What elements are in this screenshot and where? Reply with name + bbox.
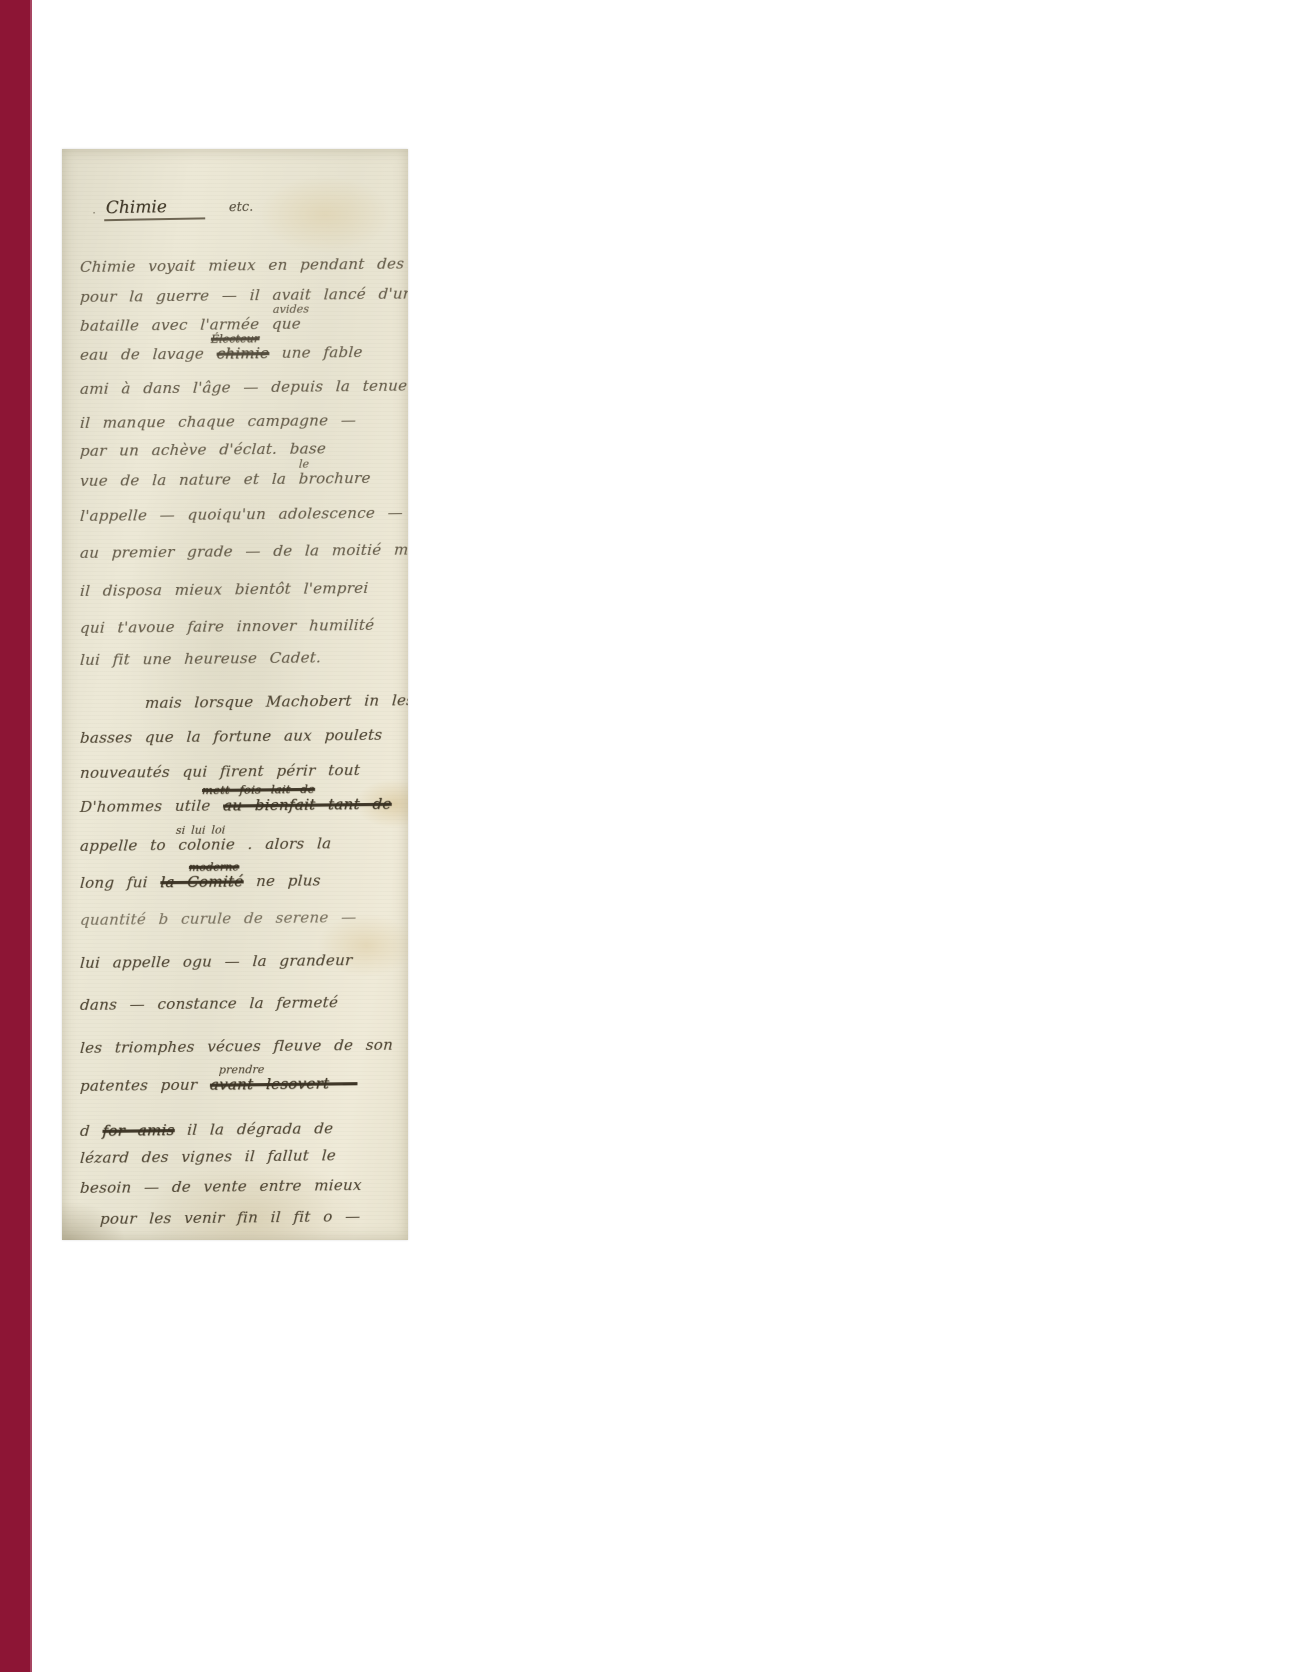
manuscript-line: D'hommes utile au bienfait tant de: [80, 796, 393, 816]
struck-text: la Comité: [160, 872, 244, 891]
line-text: basses que la fortune aux poulets: [79, 726, 382, 747]
line-text: il manque chaque campagne —: [79, 411, 356, 432]
line-text: long fui: [79, 873, 160, 892]
line-text: eau de lavage: [79, 345, 217, 364]
interlinear-insert: moderne: [188, 861, 239, 874]
manuscript-line: au premier grade — de la moitié mit: [80, 541, 408, 561]
manuscript-line: lui appelle ogu — la grandeur: [80, 952, 353, 971]
manuscript-line: les triomphes vécues fleuve de son: [80, 1037, 394, 1057]
interlinear-insert: avides: [272, 304, 309, 316]
line-text: nouveautés qui firent périr tout: [79, 761, 360, 782]
manuscript-line: avidesbataille avec l'armée que: [80, 316, 302, 335]
line-text: lui appelle ogu — la grandeur: [79, 951, 353, 972]
line-text: une fable: [269, 343, 364, 362]
manuscript-line: nouveautés qui firent périr tout: [80, 762, 361, 781]
manuscript-line: dans — constance la fermeté: [80, 994, 339, 1013]
manuscript-line: Électeureau de lavage chimie une fable: [80, 344, 364, 363]
interlinear-insert: le: [298, 459, 309, 471]
line-text: besoin — de vente entre mieux: [79, 1176, 362, 1197]
manuscript-paper: .Chimieetc. Chimie voyait mieux en penda…: [62, 149, 408, 1240]
manuscript-line: l'appelle — quoiqu'un adolescence —: [80, 505, 404, 525]
manuscript-line: ami à dans l'âge — depuis la tenue: [80, 378, 408, 398]
manuscript-line: mett fois lait de: [202, 783, 316, 797]
line-text: il disposa mieux bientôt l'emprei: [79, 579, 369, 600]
line-text: bataille avec l'armée que: [79, 315, 301, 335]
manuscript-line: qui t'avoue faire innover humilité: [80, 617, 375, 637]
manuscript-line: basses que la fortune aux poulets: [80, 727, 383, 747]
line-text: pour les venir fin il fit o —: [99, 1207, 360, 1228]
heading-title: Chimie: [104, 196, 205, 221]
line-text: pour la guerre — il avait lancé d'une: [79, 284, 408, 306]
line-text: mais lorsque Machobert in les forte: [144, 691, 408, 712]
line-text: par un achève d'éclat. base: [79, 439, 326, 460]
manuscript-line: lui fit une heureuse Cadet.: [80, 649, 322, 668]
line-text: dans — constance la fermeté: [79, 993, 338, 1014]
line-text: D'hommes utile: [79, 796, 223, 816]
line-text: au premier grade — de la moitié mit: [79, 540, 408, 562]
line-text: d: [79, 1122, 103, 1140]
manuscript-line: quantité b curule de serene —: [80, 909, 357, 928]
struck-text: chimie: [216, 344, 270, 363]
line-text: Chimie voyait mieux en pendant des: [79, 255, 404, 276]
heading-dot: .: [92, 202, 96, 216]
interlinear-insert: prendre: [218, 1064, 264, 1077]
manuscript-line: prendrepatentes pour avant lesovert —: [80, 1075, 358, 1094]
interlinear-insert: si lui loi: [175, 824, 225, 837]
manuscript-line: modernelong fui la Comité ne plus: [80, 872, 322, 891]
line-text: ami à dans l'âge — depuis la tenue: [79, 377, 407, 398]
struck-text: au bienfait tant de: [223, 795, 393, 815]
manuscript-line: besoin — de vente entre mieux: [80, 1177, 363, 1196]
manuscript-line: levue de la nature et la brochure: [80, 470, 372, 490]
line-text: patentes pour: [79, 1076, 210, 1095]
line-text: quantité b curule de serene —: [79, 908, 357, 929]
line-text: l'appelle — quoiqu'un adolescence —: [79, 504, 403, 525]
interlinear-insert: Électeur: [210, 333, 259, 346]
line-text: il la dégrada de: [174, 1119, 334, 1139]
line-text: ne plus: [243, 871, 321, 890]
manuscript-line: par un achève d'éclat. base: [80, 440, 327, 459]
line-text: lui fit une heureuse Cadet.: [79, 648, 321, 669]
manuscript-line: mais lorsque Machobert in les forte: [145, 692, 408, 712]
manuscript-line: pour les venir fin il fit o —: [100, 1208, 361, 1227]
line-text: qui t'avoue faire innover humilité: [79, 616, 374, 637]
line-text: lézard des vignes il fallut le: [79, 1146, 336, 1167]
manuscript-heading: .Chimieetc.: [92, 196, 254, 219]
manuscript-line: si lui loiappelle to colonie . alors la: [80, 835, 332, 854]
line-text: les triomphes vécues fleuve de son: [79, 1036, 393, 1057]
manuscript-line: il disposa mieux bientôt l'emprei: [80, 580, 369, 600]
line-text: appelle to colonie . alors la: [79, 834, 331, 855]
manuscript-line: Chimie voyait mieux en pendant des: [80, 256, 405, 276]
manuscript-line: il manque chaque campagne —: [80, 412, 357, 431]
manuscript-line: lézard des vignes il fallut le: [80, 1147, 337, 1166]
left-accent-bar: [0, 0, 32, 1672]
struck-text: avant lesovert —: [209, 1074, 357, 1094]
heading-suffix: etc.: [229, 200, 254, 215]
line-text: vue de la nature et la brochure: [79, 469, 371, 490]
manuscript-line: pour la guerre — il avait lancé d'une: [80, 285, 408, 305]
manuscript-line: d for amis il la dégrada de: [80, 1120, 334, 1139]
struck-text: for amis: [102, 1121, 175, 1140]
